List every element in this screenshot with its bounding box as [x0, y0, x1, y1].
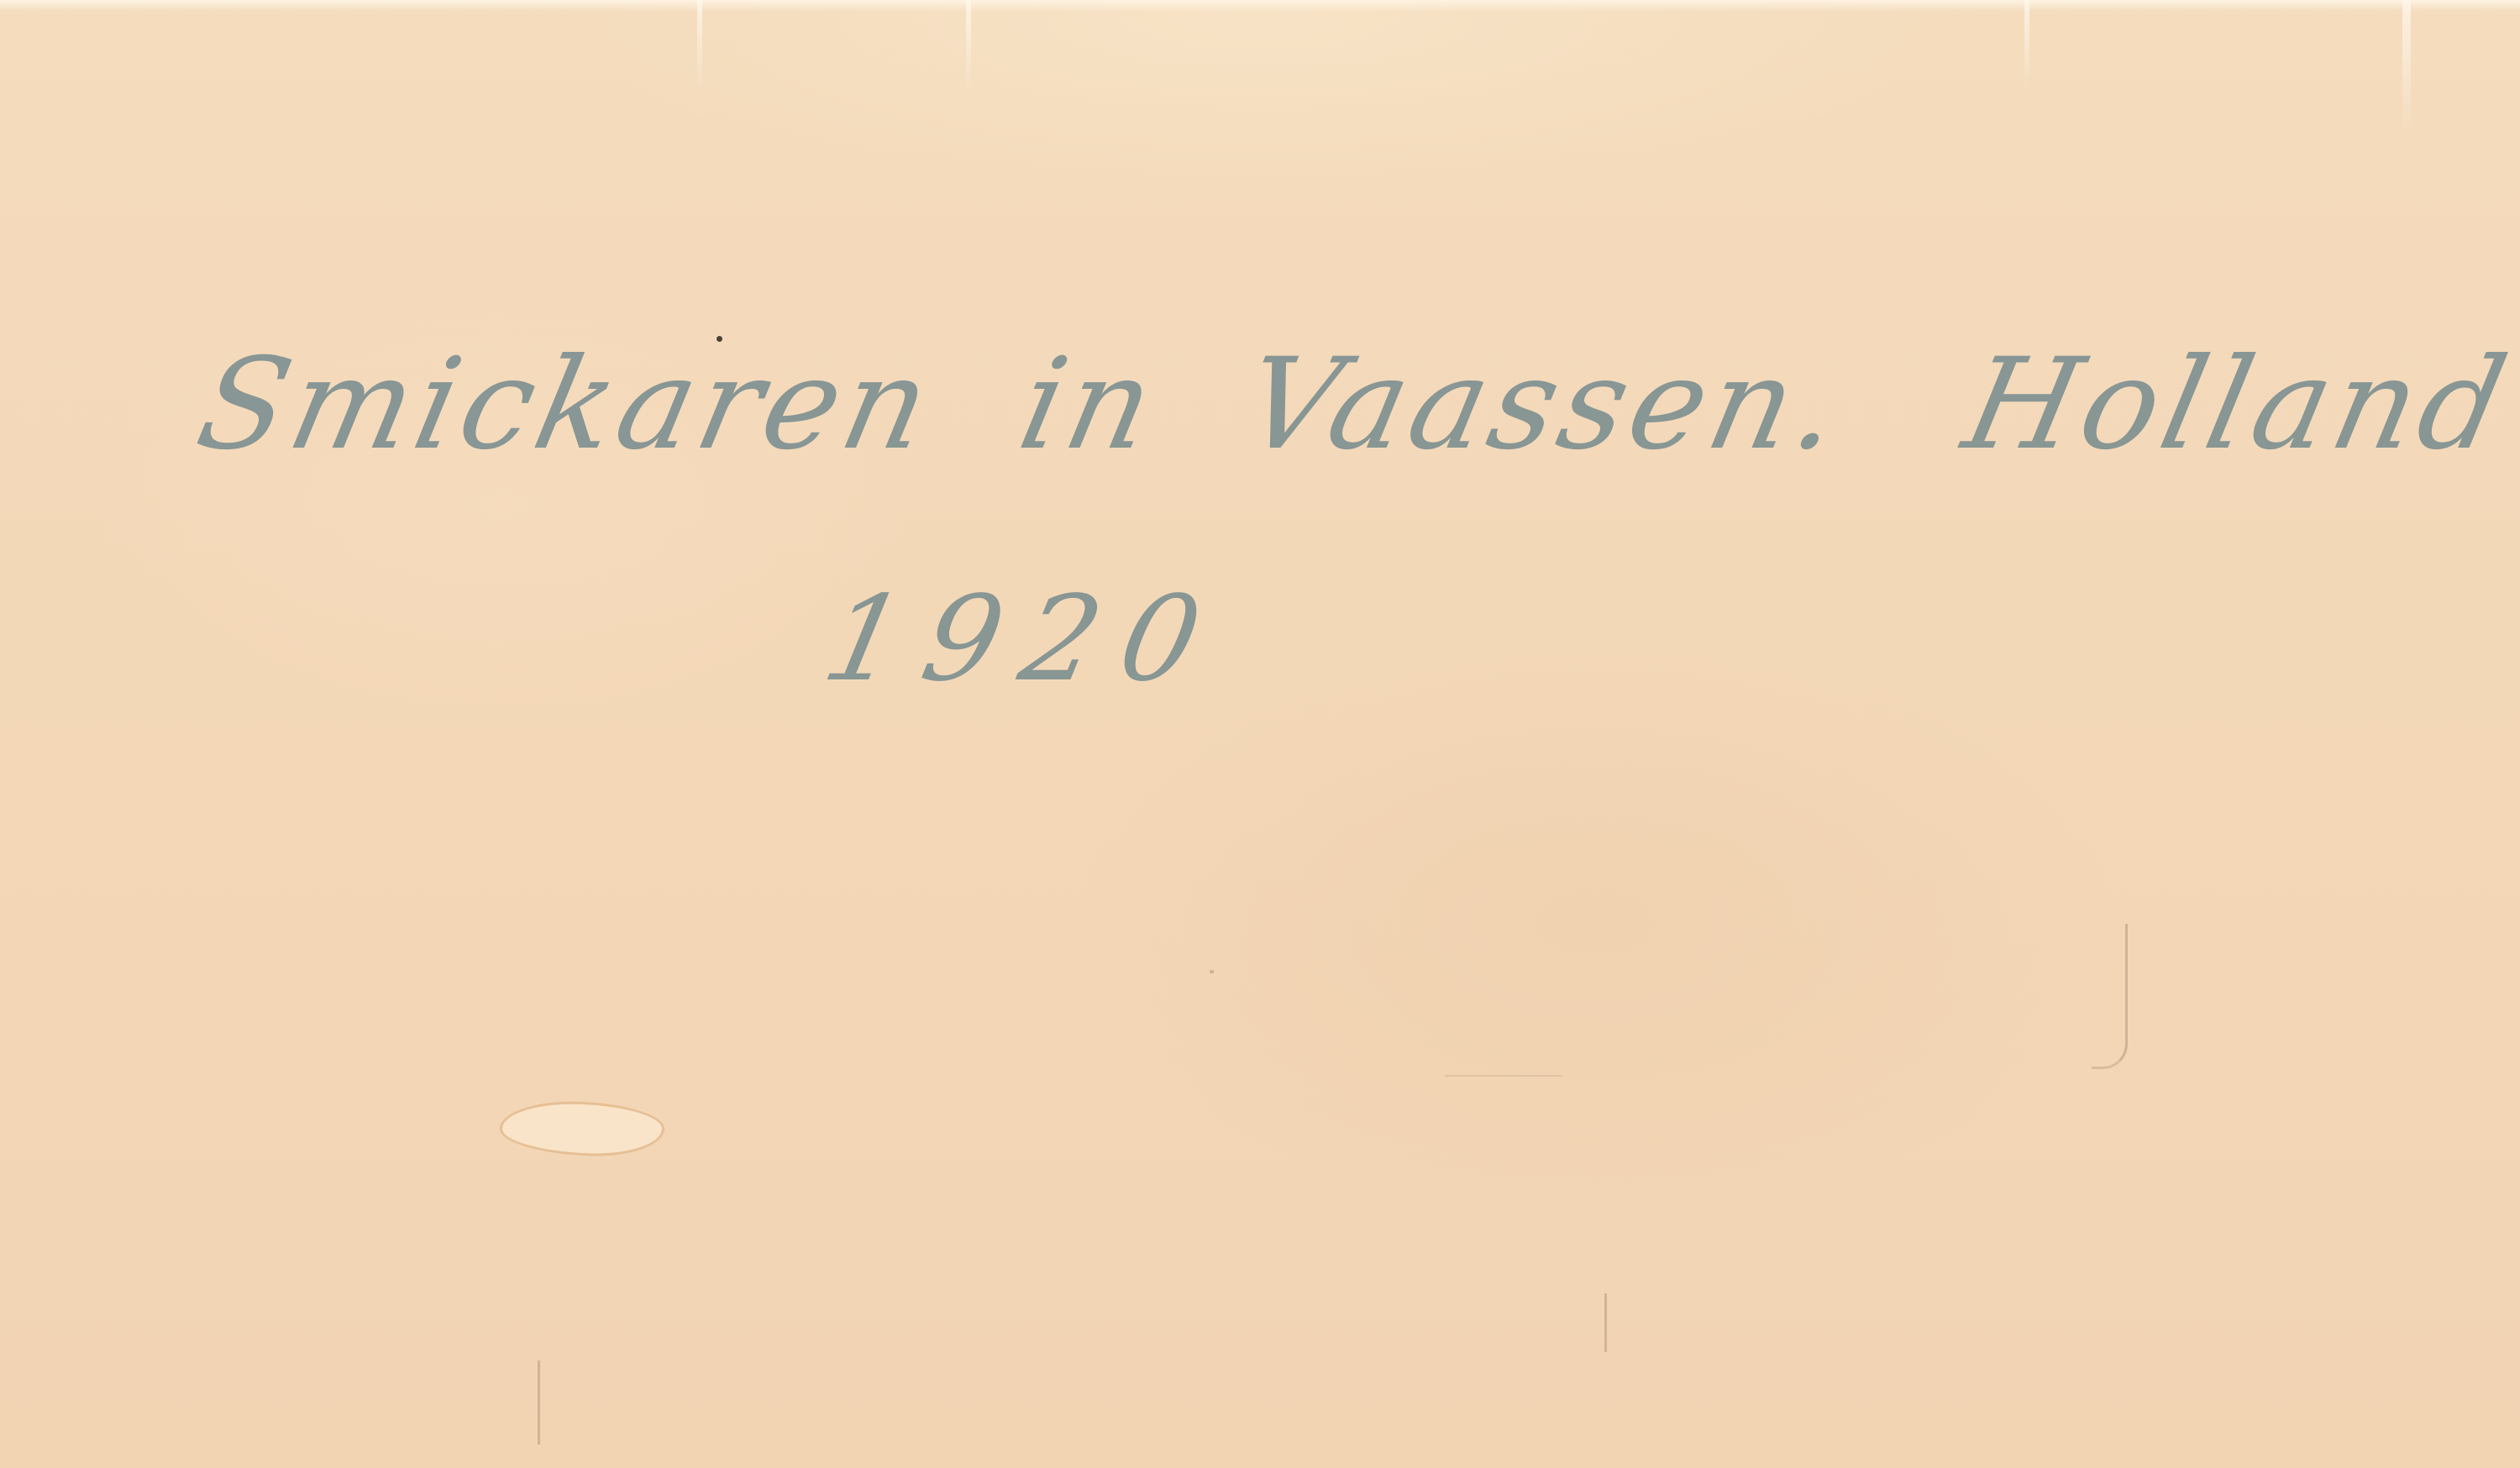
paper-streak	[2402, 0, 2411, 134]
inscription-word: in	[1008, 332, 1171, 478]
torn-top-edge	[0, 0, 2520, 12]
water-stain	[499, 1099, 665, 1159]
paper-streak	[2024, 0, 2029, 92]
inscription-word: Smickaren	[186, 332, 947, 478]
paper-scratch	[538, 1361, 540, 1444]
paper-scratch	[1445, 1075, 1562, 1077]
paper-streak	[966, 0, 971, 92]
inscription-line-1: SmickareninVaassen.Holland	[186, 332, 2520, 478]
inscription-year: 1920	[813, 571, 1236, 708]
inscription-word: Holland	[1953, 332, 2520, 478]
aged-paper-sheet: SmickareninVaassen.Holland 1920	[0, 0, 2520, 1468]
paper-scratch	[1604, 1293, 1607, 1352]
paper-speck	[1210, 970, 1214, 973]
inscription-word: Vaassen.	[1231, 332, 1857, 478]
paper-streak	[697, 0, 702, 92]
faint-bracket-mark	[2092, 924, 2128, 1069]
